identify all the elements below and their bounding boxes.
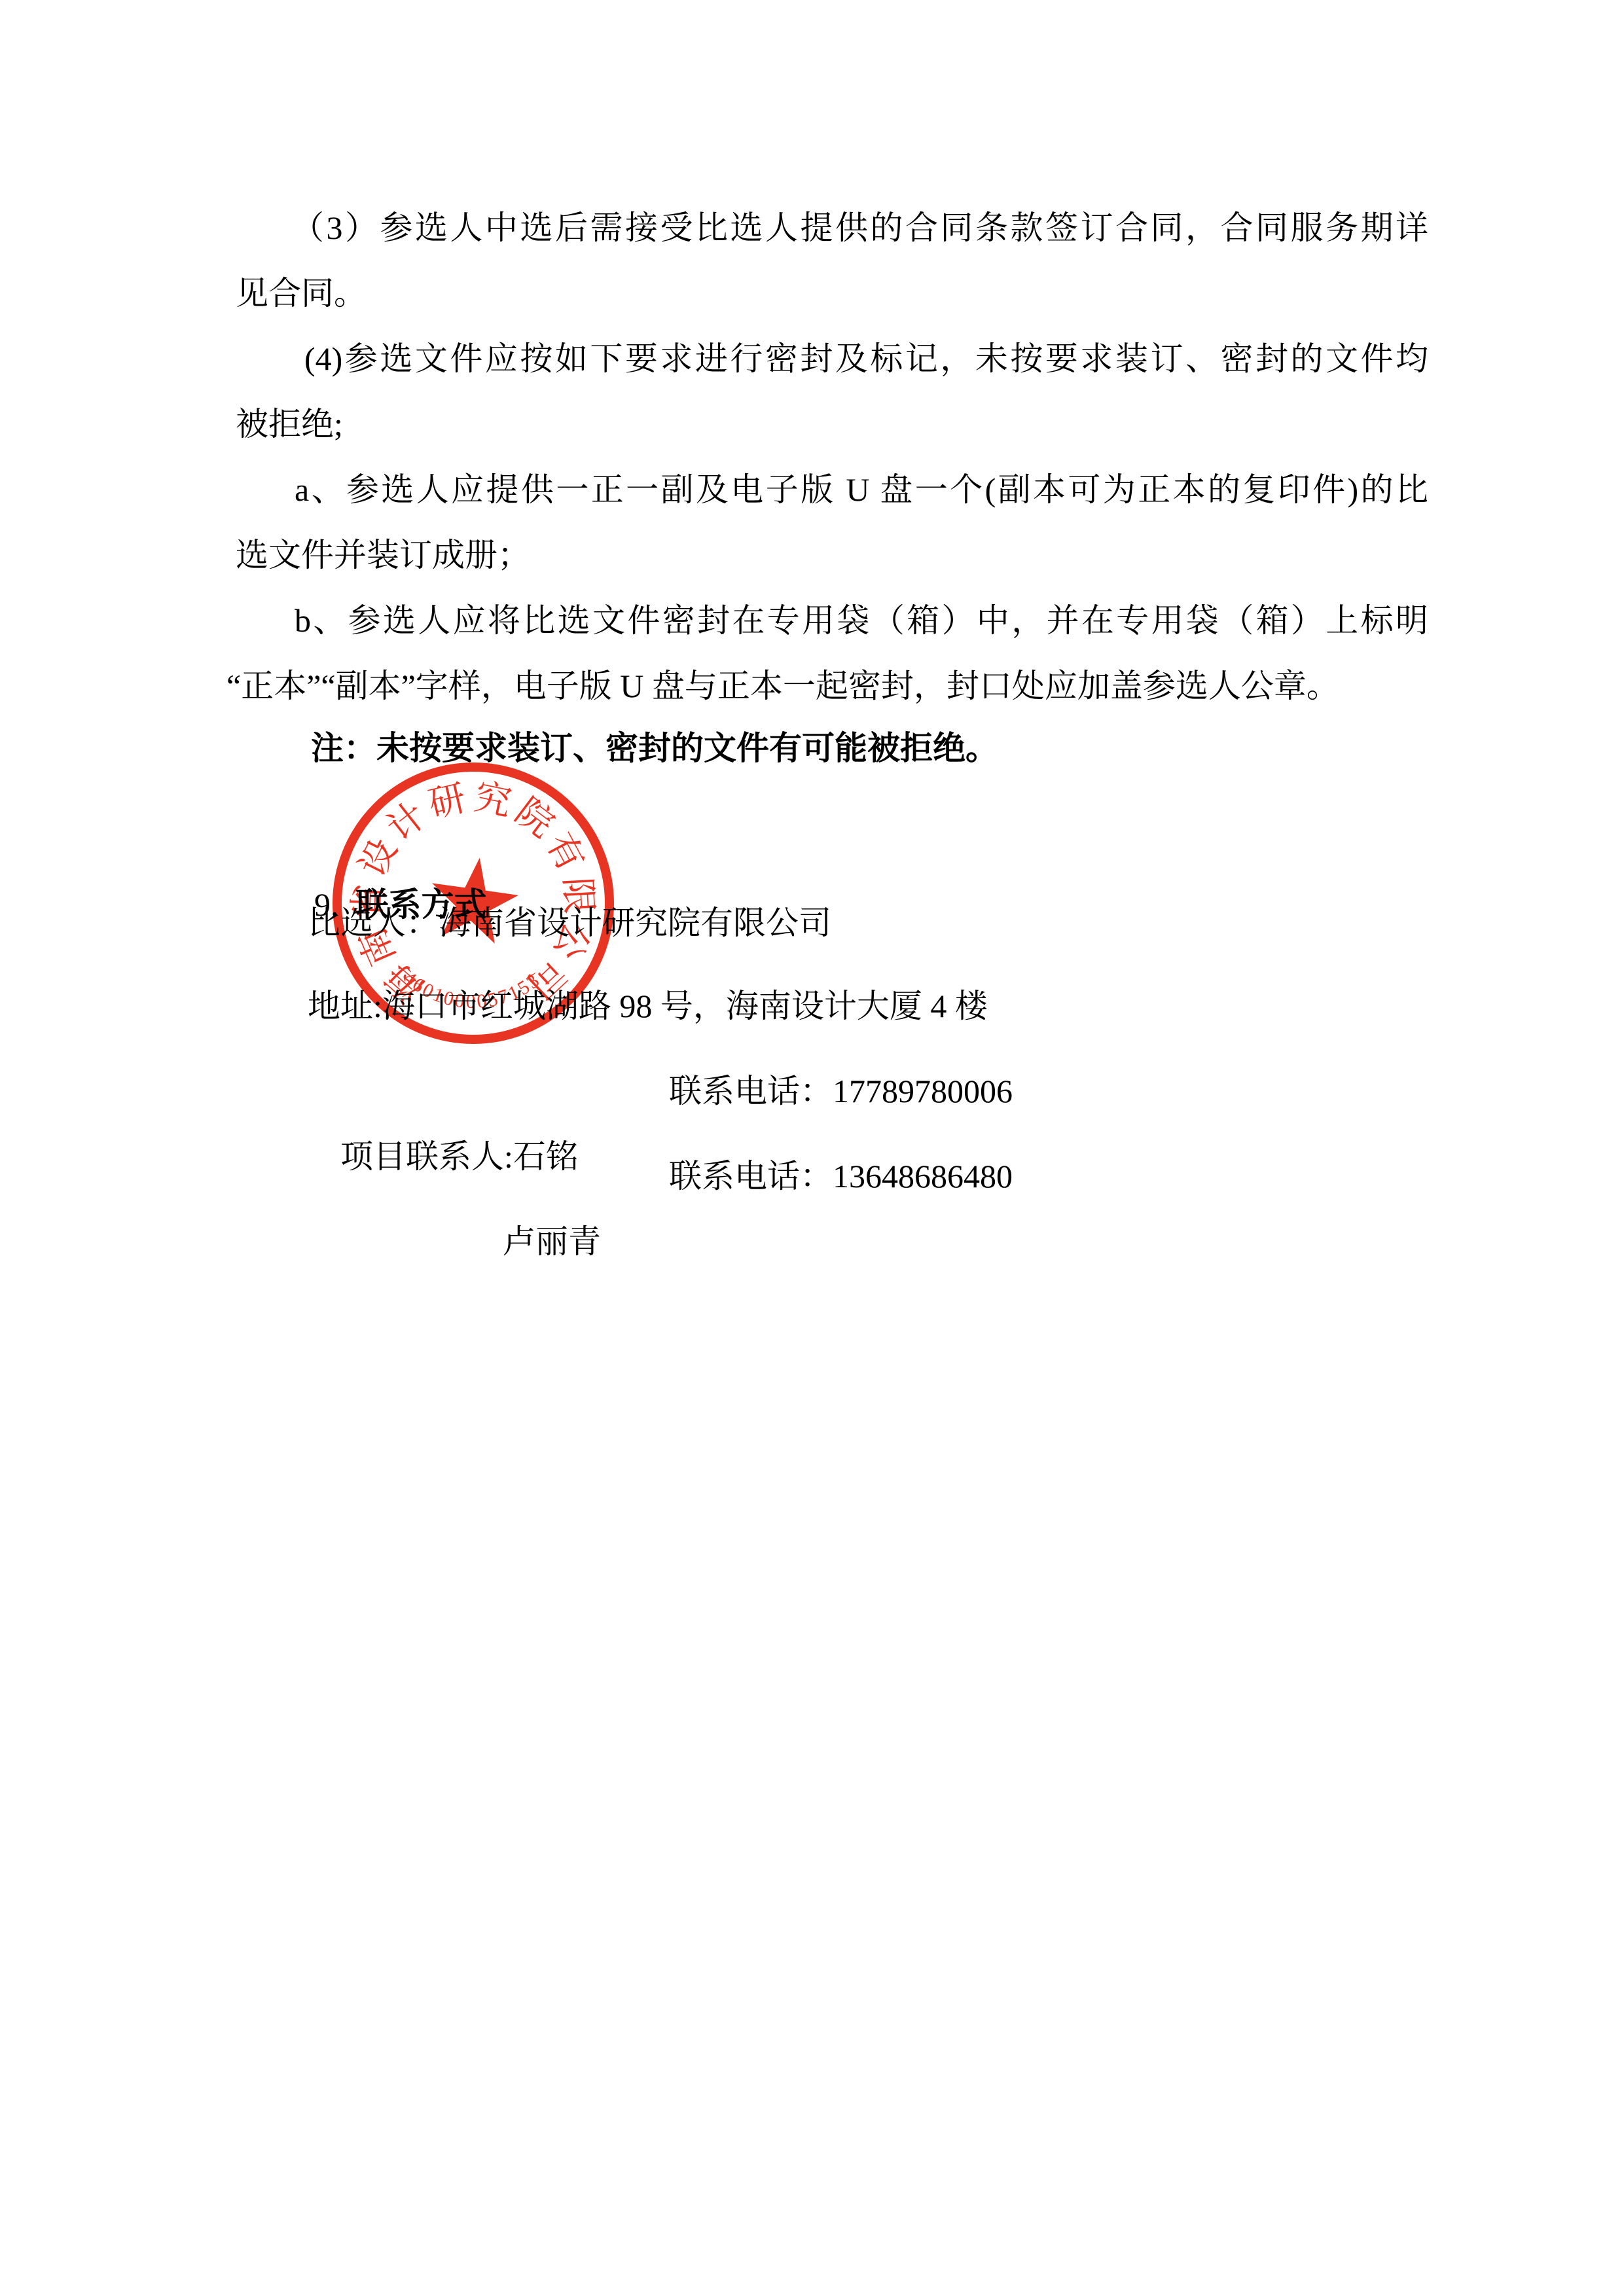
document-page: （3）参选人中选后需接受比选人提供的合同条款签订合同，合同服务期详 见合同。 (…: [0, 0, 1624, 2296]
contact-row: 卢丽青 联系电话：13648686480: [236, 1143, 1428, 1209]
contact-row: 项目联系人:石铭 联系电话：17789780006: [236, 1058, 1428, 1124]
paragraph-line: a、参选人应提供一正一副及电子版 U 盘一个(副本可为正本的复印件)的比: [236, 457, 1428, 522]
paragraph-line: 见合同。: [236, 260, 1428, 326]
paragraph-line: 选文件并装订成册；: [236, 522, 1428, 588]
paragraph-line: （3）参选人中选后需接受比选人提供的合同条款签订合同，合同服务期详: [236, 195, 1428, 260]
paragraph-line: “正本”“副本”字样，电子版 U 盘与正本一起密封，封口处应加盖参选人公章。: [226, 653, 1419, 719]
company-seal: 海南省设计研究院有限公司 4601000057153: [323, 753, 624, 1054]
contact-person-phone: 联系电话：17789780006: [669, 1058, 1013, 1124]
paragraph-line: 被拒绝;: [236, 391, 1428, 457]
contact-person-name: 卢丽青: [503, 1223, 601, 1260]
seal-star-icon: [425, 852, 523, 946]
contact-person-phone: 联系电话：13648686480: [669, 1143, 1013, 1209]
paragraph-line: (4)参选文件应按如下要求进行密封及标记，未按要求装订、密封的文件均: [236, 326, 1428, 391]
paragraph-line: b、参选人应将比选文件密封在专用袋（箱）中，并在专用袋（箱）上标明: [236, 588, 1428, 653]
